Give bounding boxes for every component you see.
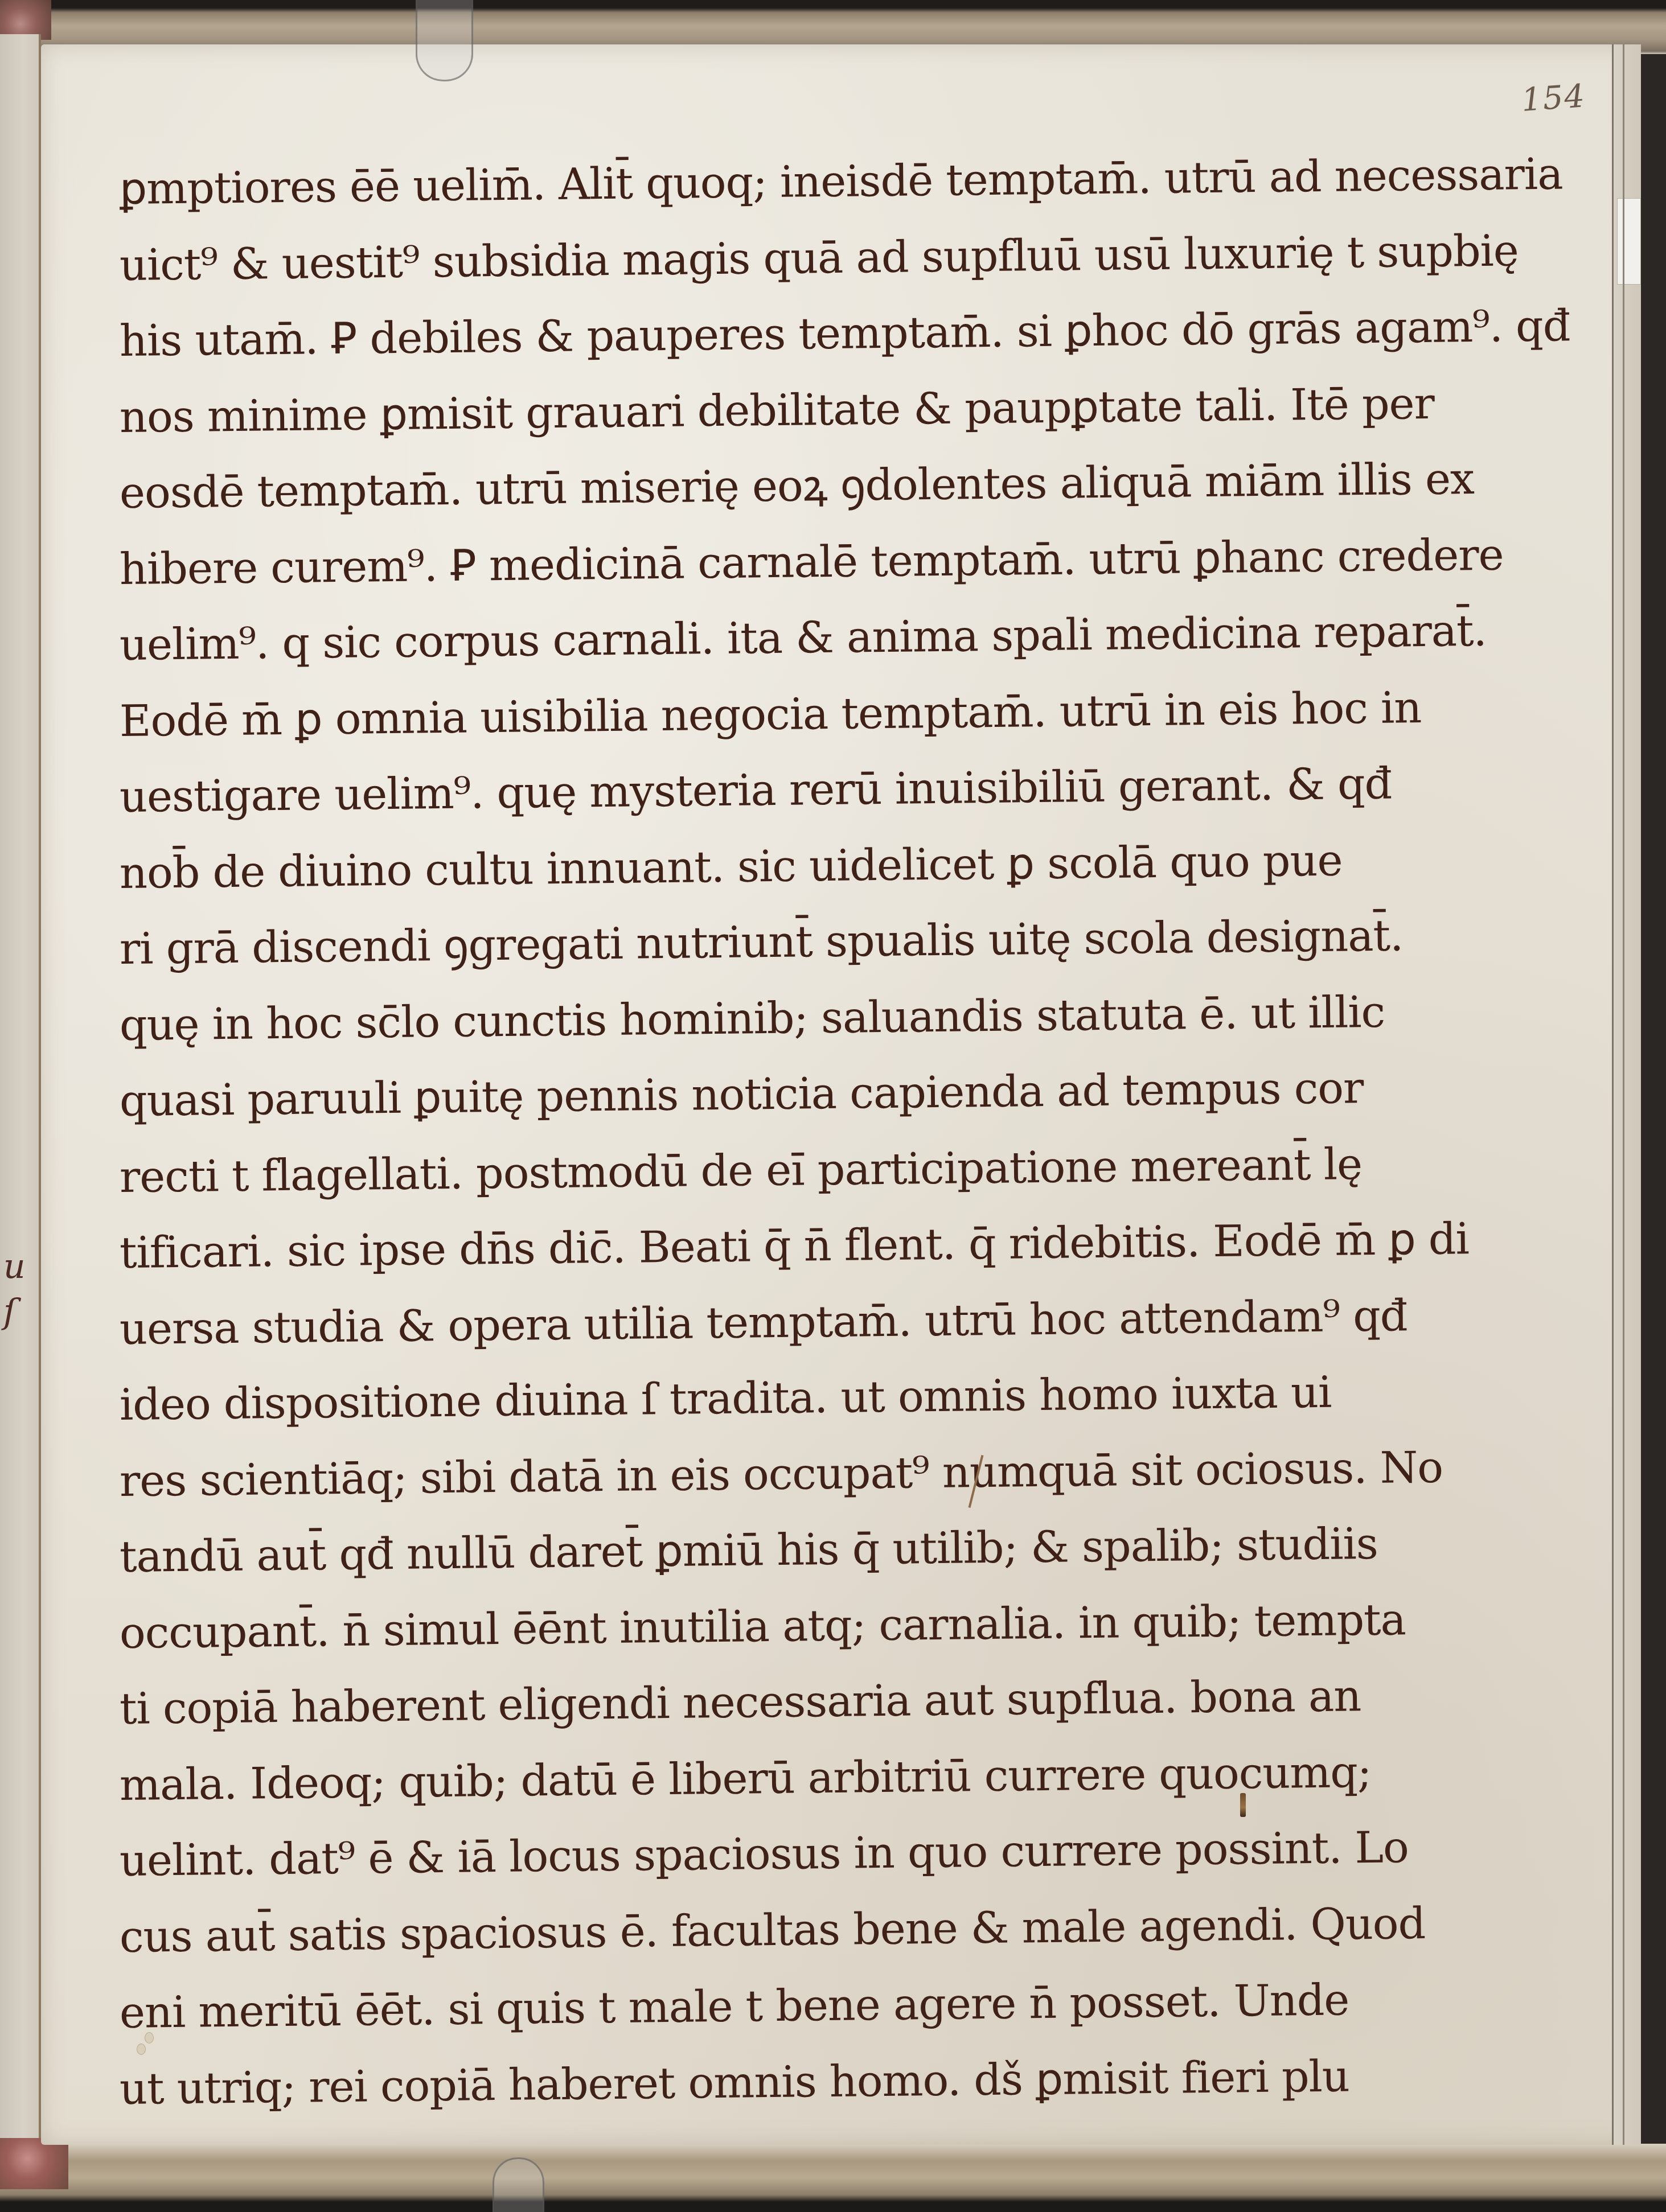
text-line: ri grā discendi ꝯgregati nutriunt̄ spual… (119, 898, 1384, 987)
text-line: ꝑmptiores ēē uelim̄. Alit̄ quoq; ineisdē… (119, 138, 1384, 227)
text-line: quę in hoc sc̄lo cunctis hominib; saluan… (119, 973, 1384, 1063)
text-line: tandū aut̄ qđ nullū daret̄ ꝑmiū his q̄ u… (119, 1506, 1384, 1595)
text-line: tificari. sic ipse dn̄s dic̄. Beati q̄ n… (119, 1202, 1384, 1291)
margin-fragment: u (3, 1247, 26, 1286)
text-line: eosdē temptam̄. utrū miserię eoꝝ ꝯdolent… (119, 442, 1384, 531)
text-line: quasi paruuli ꝑuitę pennis noticia capie… (119, 1050, 1384, 1139)
glass-page-weight-top (416, 0, 473, 81)
vellum-spots (137, 2032, 159, 2055)
text-line: uestigare uelim⁹. quę mysteria rerū inui… (119, 746, 1384, 835)
glass-page-weight-bottom (493, 2157, 544, 2212)
text-line: nos minime ꝑmisit grauari debilitate & p… (119, 365, 1384, 455)
text-line: ut utriq; rei copiā haberet omnis homo. … (119, 2037, 1384, 2127)
manuscript-text-block: ꝑmptiores ēē uelim̄. Alit̄ quoq; ineisdē… (120, 151, 1384, 2127)
binding-thread-bottom (0, 2138, 68, 2189)
text-line: ideo dispositione diuina ſ tradita. ut o… (119, 1354, 1384, 1443)
text-line: mala. Ideoq; quib; datū ē liberū arbitri… (119, 1733, 1384, 1823)
leaf-right-edge (1612, 44, 1641, 2145)
text-line: nob̄ de diuino cultu innuant. sic uideli… (119, 821, 1384, 911)
text-line: Eodē m̄ ꝑ omnia uisibilia negocia tempta… (119, 669, 1384, 759)
margin-fragment: ſ (3, 1292, 16, 1332)
text-line: hibere curem⁹. Ꝑ medicinā carnalē tempta… (119, 517, 1384, 607)
facing-page-edge: u ſ (0, 34, 41, 2152)
text-line: recti t flagellati. postmodū de eı̄ part… (119, 1125, 1384, 1215)
text-line: eni meritū ēēt. si quis t male t bene ag… (119, 1962, 1384, 2051)
text-line: uersa studia & opera utilia temptam̄. ut… (119, 1277, 1384, 1367)
book-bottom-edge (0, 2144, 1666, 2212)
text-line: cus aut̄ satis spaciosus ē. facultas ben… (119, 1885, 1384, 1975)
text-line: uelint. dat⁹ ē & iā locus spaciosus in q… (119, 1810, 1384, 1899)
text-line: ti copiā haberent eligendi necessaria au… (119, 1658, 1384, 1747)
text-line: occupant̄. n̄ simul ēēnt inutilia atq; c… (119, 1581, 1384, 1671)
text-line: res scientiāq; sibi datā in eis occupat⁹… (119, 1429, 1384, 1519)
folio-number: 154 (1520, 77, 1587, 119)
paper-tab (1617, 198, 1641, 285)
text-line: uict⁹ & uestit⁹ subsidia magis quā ad su… (119, 213, 1384, 303)
text-line: his utam̄. Ꝑ debiles & pauperes temptam̄… (119, 290, 1384, 379)
text-line: uelim⁹. q sic corpus carnali. ita & anim… (119, 594, 1384, 683)
ink-blot (1240, 1793, 1246, 1817)
